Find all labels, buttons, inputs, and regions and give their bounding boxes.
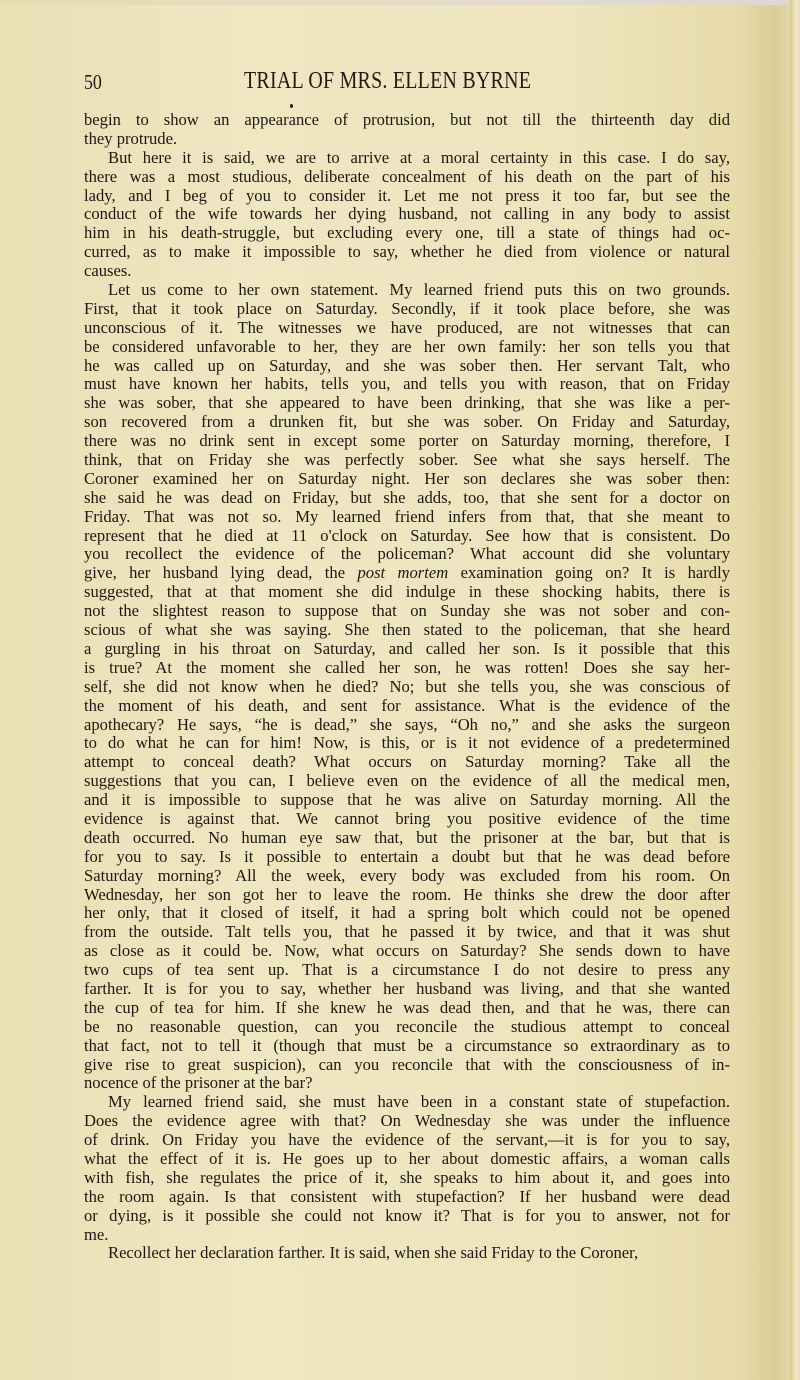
text-line: not the slightest reason to suppose that…: [84, 602, 730, 621]
text-line: must have known her habits, tells you, a…: [84, 375, 730, 394]
text-line: me.: [84, 1226, 730, 1245]
text-line: First, that it took place on Saturday. S…: [84, 300, 730, 319]
text-line: that fact, not to tell it (though that m…: [84, 1037, 730, 1056]
text-line: evidence is against that. We cannot brin…: [84, 810, 730, 829]
printer-mark: [290, 104, 293, 108]
text-line: the room again. Is that consistent with …: [84, 1188, 730, 1207]
page-gutter-shadow: [790, 0, 800, 1380]
text-line: give rise to great suspicion), can you r…: [84, 1056, 730, 1075]
text-line: Let us come to her own statement. My lea…: [84, 281, 730, 300]
paragraph: But here it is said, we are to arrive at…: [84, 149, 730, 281]
text-line: Wednesday, her son got her to leave the …: [84, 886, 730, 905]
text-line: give, her husband lying dead, the post m…: [84, 564, 730, 583]
paragraph: begin to show an appearance of protrusio…: [84, 111, 730, 149]
page-header: 50 TRIAL OF MRS. ELLEN BYRNE: [84, 65, 584, 95]
text-line: him in his death-struggle, but excluding…: [84, 224, 730, 243]
paragraph: My learned friend said, she must have be…: [84, 1093, 730, 1244]
text-line: nocence of the prisoner at the bar?: [84, 1074, 730, 1093]
text-line: son recovered from a drunken fit, but sh…: [84, 413, 730, 432]
text-line: scious of what she was saying. She then …: [84, 621, 730, 640]
text-line: suggested, that at that moment she did i…: [84, 583, 730, 602]
text-line: there was a most studious, deliberate co…: [84, 168, 730, 187]
italic-phrase: post mortem: [357, 563, 448, 582]
text-line: be no reasonable question, can you recon…: [84, 1018, 730, 1037]
text-line: represent that he died at 11 o'clock on …: [84, 527, 730, 546]
text-line: death occurred. No human eye saw that, b…: [84, 829, 730, 848]
body-text: begin to show an appearance of protrusio…: [84, 111, 730, 1263]
text-line: there was no drink sent in except some p…: [84, 432, 730, 451]
text-line: what the effect of it is. He goes up to …: [84, 1150, 730, 1169]
text-line: suggestions that you can, I believe even…: [84, 772, 730, 791]
book-page: 50 TRIAL OF MRS. ELLEN BYRNE begin to sh…: [0, 0, 800, 1380]
text-line: But here it is said, we are to arrive at…: [84, 149, 730, 168]
text-line: self, she did not know when he died? No;…: [84, 678, 730, 697]
paragraph: Let us come to her own statement. My lea…: [84, 281, 730, 1093]
text-line: be considered unfavorable to her, they a…: [84, 338, 730, 357]
text-line: attempt to conceal death? What occurs on…: [84, 753, 730, 772]
text-line: is true? At the moment she called her so…: [84, 659, 730, 678]
text-line: she said he was dead on Friday, but she …: [84, 489, 730, 508]
text-line: conduct of the wife towards her dying hu…: [84, 205, 730, 224]
text-line: a gurgling in his throat on Saturday, an…: [84, 640, 730, 659]
text-line: with fish, she regulates the price of it…: [84, 1169, 730, 1188]
page-number: 50: [84, 70, 102, 95]
text-line: she was sober, that she appeared to have…: [84, 394, 730, 413]
text-line: My learned friend said, she must have be…: [84, 1093, 730, 1112]
text-line: think, that on Friday she was perfectly …: [84, 451, 730, 470]
text-line: you recollect the evidence of the police…: [84, 545, 730, 564]
text-line: Recollect her declaration farther. It is…: [84, 1244, 730, 1263]
text-line: the moment of his death, and sent for as…: [84, 697, 730, 716]
text-line: he was called up on Saturday, and she wa…: [84, 357, 730, 376]
text-line: lady, and I beg of you to consider it. L…: [84, 187, 730, 206]
text-line: begin to show an appearance of protrusio…: [84, 111, 730, 130]
running-title: TRIAL OF MRS. ELLEN BYRNE: [244, 68, 531, 95]
text-line: causes.: [84, 262, 730, 281]
text-line: apothecary? He says, “he is dead,” she s…: [84, 716, 730, 735]
text-line: Saturday morning? All the week, every bo…: [84, 867, 730, 886]
text-line: her only, that it closed of itself, it h…: [84, 904, 730, 923]
text-line: from the outside. Talt tells you, that h…: [84, 923, 730, 942]
text-line: the cup of tea for him. If she knew he w…: [84, 999, 730, 1018]
text-line: unconscious of it. The witnesses we have…: [84, 319, 730, 338]
text-line: to do what he can for him! Now, is this,…: [84, 734, 730, 753]
text-line: as close as it could be. Now, what occur…: [84, 942, 730, 961]
text-line: Friday. That was not so. My learned frie…: [84, 508, 730, 527]
text-line: and it is impossible to suppose that he …: [84, 791, 730, 810]
paragraph: Recollect her declaration farther. It is…: [84, 1244, 730, 1263]
text-line: farther. It is for you to say, whether h…: [84, 980, 730, 999]
text-line: or dying, is it possible she could not k…: [84, 1207, 730, 1226]
text-line: two cups of tea sent up. That is a circu…: [84, 961, 730, 980]
text-line: they protrude.: [84, 130, 730, 149]
text-line: of drink. On Friday you have the evidenc…: [84, 1131, 730, 1150]
text-line: Coroner examined her on Saturday night. …: [84, 470, 730, 489]
text-line: for you to say. Is it possible to entert…: [84, 848, 730, 867]
text-line: Does the evidence agree with that? On We…: [84, 1112, 730, 1131]
page-top-edge: [0, 0, 800, 5]
text-line: curred, as to make it impossible to say,…: [84, 243, 730, 262]
